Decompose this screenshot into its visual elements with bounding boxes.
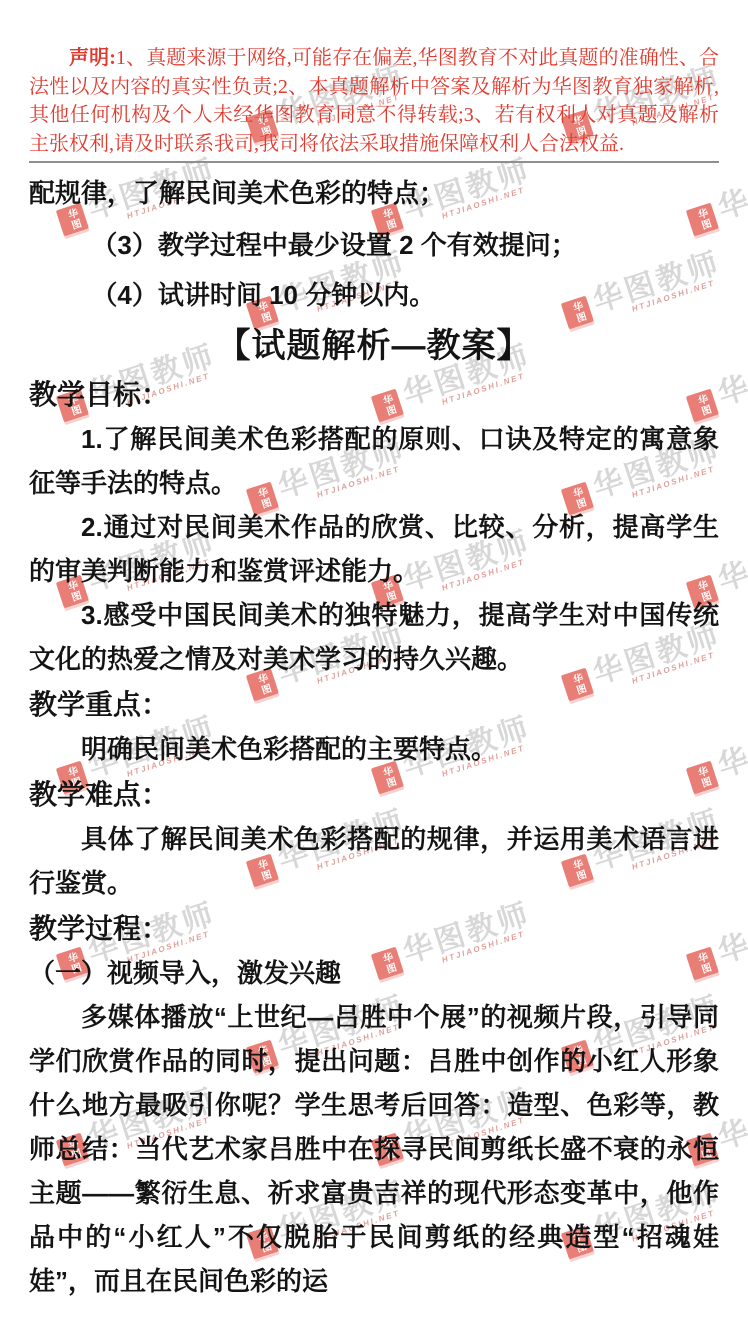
- section-heading-difficult-points: 教学难点：: [29, 773, 719, 817]
- process-step1-text: 多媒体播放“上世纪—吕胜中个展”的视频片段，引导同学们欣赏作品的同时，提出问题：…: [29, 995, 719, 1303]
- section-heading-goals: 教学目标：: [29, 373, 719, 417]
- document-content: 声明:1、真题来源于网络,可能存在偏差,华图教育不对此真题的准确性、合法性以及内…: [0, 44, 748, 1303]
- disclaimer-label: 声明:: [69, 47, 116, 69]
- lesson-plan-body: 配规律，了解民间美术色彩的特点； （3）教学过程中最少设置 2 个有效提问； （…: [29, 171, 719, 1303]
- goal-item-3: 3.感受中国民间美术的独特魅力，提高学生对中国传统文化的热爱之情及对美术学习的持…: [29, 593, 719, 681]
- key-points-text: 明确民间美术色彩搭配的主要特点。: [29, 727, 719, 771]
- continuation-line: 配规律，了解民间美术色彩的特点；: [29, 171, 719, 215]
- document-page: 华图华图教师HTJIAOSHI.NET华图华图教师HTJIAOSHI.NET华图…: [0, 0, 748, 1335]
- goal-item-1: 1.了解民间美术色彩搭配的原则、口诀及特定的寓意象征等手法的特点。: [29, 417, 719, 505]
- section-heading-key-points: 教学重点：: [29, 683, 719, 727]
- requirement-3: （3）教学过程中最少设置 2 个有效提问；: [29, 223, 719, 267]
- process-step1-title: （一）视频导入，激发兴趣: [29, 951, 719, 995]
- goal-item-2: 2.通过对民间美术作品的欣赏、比较、分析，提高学生的审美判断能力和鉴赏评述能力。: [29, 505, 719, 593]
- difficult-points-text: 具体了解民间美术色彩搭配的规律，并运用美术语言进行鉴赏。: [29, 817, 719, 905]
- main-title: 【试题解析—教案】: [29, 321, 719, 371]
- requirement-4: （4）试讲时间 10 分钟以内。: [29, 273, 719, 317]
- disclaimer-text: 1、真题来源于网络,可能存在偏差,华图教育不对此真题的准确性、合法性以及内容的真…: [29, 47, 719, 155]
- divider-line: [29, 161, 719, 163]
- disclaimer: 声明:1、真题来源于网络,可能存在偏差,华图教育不对此真题的准确性、合法性以及内…: [29, 44, 719, 158]
- section-heading-process: 教学过程：: [29, 907, 719, 951]
